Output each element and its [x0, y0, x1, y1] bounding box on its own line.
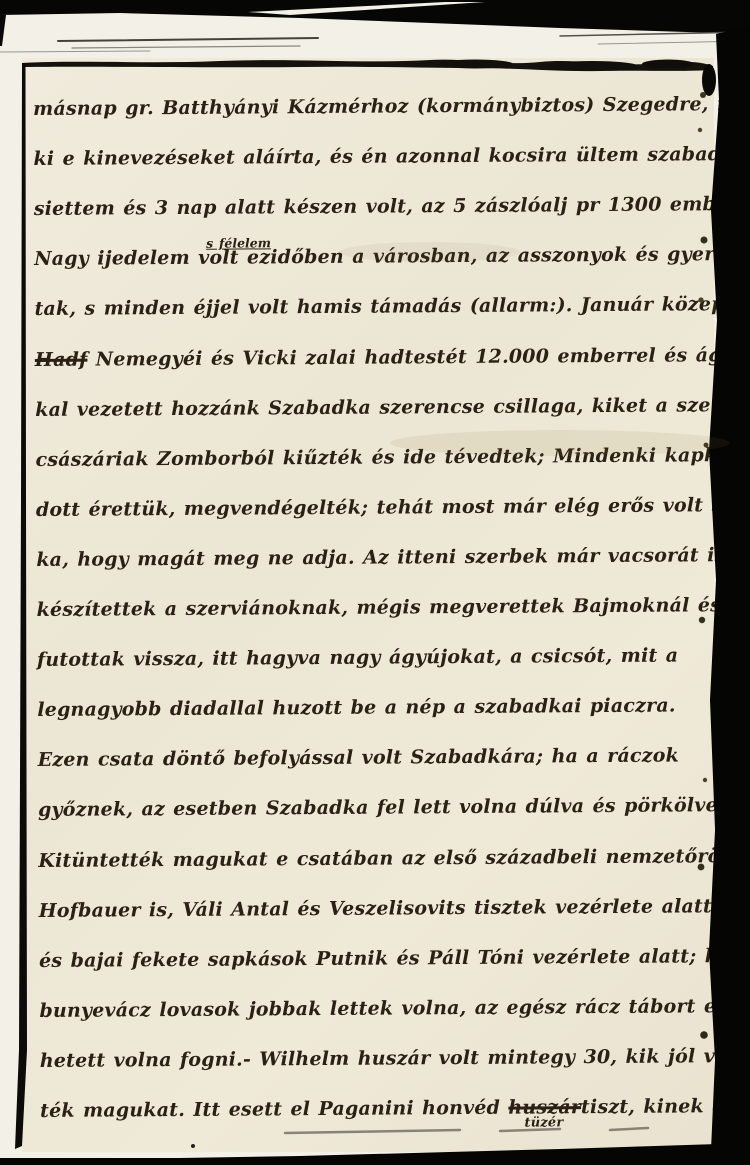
handwriting-segment: siettem és 3 nap alatt készen volt, az 5…: [34, 191, 750, 221]
handwriting-segment: győznek, az esetben Szabadka fel lett vo…: [38, 794, 725, 823]
manuscript-line: ték magukat. Itt esett el Paganini honvé…: [40, 1094, 716, 1123]
handwriting-segment: tiszt, kinek a: [581, 1094, 725, 1119]
manuscript-line: Ezen csata döntő befolyással volt Szabad…: [38, 744, 714, 773]
manuscript-line: ka, hogy magát meg ne adja. Az itteni sz…: [36, 543, 712, 572]
handwriting-segment: Nemegyéi és Vicki zalai hadtestét 12.000…: [87, 342, 750, 371]
manuscript-line: Nagy ijedelem volts félelem ezidőben a v…: [34, 243, 710, 272]
handwriting-segment: császáriak Zomborból kiűzték és ide téve…: [35, 443, 738, 472]
handwriting-segment: Kitüntették magukat e csatában az első s…: [38, 844, 734, 873]
handwriting-segment: Nagy ijedelem: [34, 246, 198, 271]
handwriting-segment: tak, s minden éjjel volt hamis támadás (…: [34, 292, 750, 321]
handwriting-segment: másnap gr. Batthyányi Kázmérhoz (kormány…: [33, 92, 750, 121]
handwriting-segment: bunyevácz lovasok jobbak lettek volna, a…: [39, 994, 750, 1023]
manuscript-line: dott érettük, megvendégelték; tehát most…: [36, 493, 712, 522]
manuscript-line: hetett volna fogni.- Wilhelm huszár volt…: [40, 1044, 716, 1073]
handwriting-segment: hetett volna fogni.- Wilhelm huszár volt…: [40, 1044, 750, 1073]
handwriting-segment: ka, hogy magát meg ne adja. Az itteni sz…: [36, 543, 725, 572]
manuscript-line: Hofbauer is, Váli Antal és Veszelisovits…: [39, 894, 715, 923]
handwriting-segment: készítettek a szerviánoknak, mégis megve…: [37, 593, 722, 622]
manuscript-line: császáriak Zomborból kiűzték és ide téve…: [35, 443, 711, 472]
manuscript-line: futottak vissza, itt hagyva nagy ágyújok…: [37, 643, 713, 672]
handwriting-segment: Ezen csata döntő befolyással volt Szabad…: [38, 744, 679, 772]
handwriting-segment: kal vezetett hozzánk Szabadka szerencse …: [35, 392, 750, 421]
handwriting-segment: ki e kinevezéseket aláírta, és én azonna…: [33, 142, 750, 171]
handwriting-segment: legnagyobb diadallal huzott be a nép a s…: [37, 694, 675, 722]
manuscript-line: és bajai fekete sapkások Putnik és Páll …: [39, 944, 715, 973]
manuscript-line: kal vezetett hozzánk Szabadka szerencse …: [35, 393, 711, 422]
handwriting-segment: ezidőben a városban, az asszonyok és gye…: [239, 241, 750, 269]
manuscript-line: Hadf Nemegyéi és Vicki zalai hadtestét 1…: [35, 343, 711, 372]
manuscript-line: bunyevácz lovasok jobbak lettek volna, a…: [39, 994, 715, 1023]
manuscript-line: másnap gr. Batthyányi Kázmérhoz (kormány…: [33, 92, 709, 121]
manuscript-line: készítettek a szerviánoknak, mégis megve…: [37, 593, 713, 622]
manuscript-line: tak, s minden éjjel volt hamis támadás (…: [34, 293, 710, 322]
handwriting-segment: Hofbauer is, Váli Antal és Veszelisovits…: [39, 893, 750, 923]
correction-word-below: tüzér: [524, 1111, 563, 1135]
handwriting-segment: dott érettük, megvendégelték; tehát most…: [36, 492, 750, 521]
manuscript-line: Kitüntették magukat e csatában az első s…: [38, 844, 714, 873]
struck-out-word: Hadf: [35, 347, 88, 371]
manuscript-text: másnap gr. Batthyányi Kázmérhoz (kormány…: [0, 0, 750, 1165]
manuscript-line: siettem és 3 nap alatt készen volt, az 5…: [34, 192, 710, 221]
manuscript-line: győznek, az esetben Szabadka fel lett vo…: [38, 794, 714, 823]
handwriting-segment: és bajai fekete sapkások Putnik és Páll …: [39, 944, 750, 973]
struck-out-word: huszártüzér: [508, 1095, 581, 1120]
manuscript-line: ki e kinevezéseket aláírta, és én azonna…: [33, 142, 709, 171]
handwriting-segment: volts félelem: [198, 246, 239, 270]
handwriting-segment: futottak vissza, itt hagyva nagy ágyújok…: [37, 644, 678, 672]
handwriting-segment: ték magukat. Itt esett el Paganini honvé…: [40, 1096, 508, 1123]
manuscript-line: legnagyobb diadallal huzott be a nép a s…: [37, 693, 713, 722]
scanned-photo: másnap gr. Batthyányi Kázmérhoz (kormány…: [0, 0, 750, 1165]
